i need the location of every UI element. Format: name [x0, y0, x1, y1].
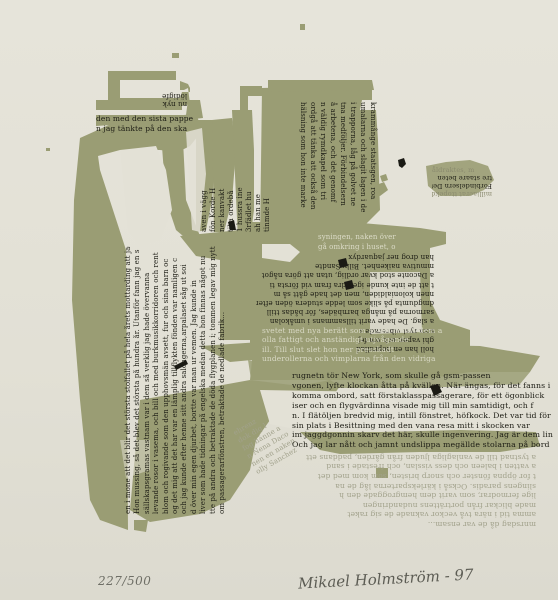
text-line: mmutiva naikenhet. Billy Sandte — [256, 261, 434, 270]
text-line: n väldig rymdkapel som tri — [318, 102, 328, 212]
text-line: han drog ner jaquardyx — [256, 252, 434, 261]
text-line: milliaerat ttopekdon — [432, 190, 492, 198]
text-line: sarmorna på många barnbädes, för bådas t… — [256, 307, 434, 316]
text-line: im jaggdgonnin skarv det här, skulle ing… — [292, 430, 554, 440]
text-fragment-narrow-column: aven i vägg fön Korde H ner kanvakt tika… — [200, 160, 272, 232]
text-line: Och jag lar nått och jamnt undslippa meg… — [292, 440, 554, 450]
text-fragment-bottom-faded-upside: mnrsdag då de var ensam... amma tid i nä… — [296, 452, 536, 529]
text-line: och jag kunde efter henne sitt andra sal… — [180, 246, 189, 514]
text-line: umalarna och slagit lagen i de — [358, 102, 368, 212]
text-line: å arbetena, och det genomf — [328, 102, 338, 212]
text-fragment-top-left: den med den sista pappe n jag tänkte på … — [96, 114, 193, 133]
text-line: d över min egen djurbet, bortte var man … — [190, 246, 199, 514]
text-line: sällskapsgramas vastnam var i dem så ver… — [143, 246, 152, 514]
text-line: ill. Till slut slet hon ner presskadt — [262, 345, 542, 354]
text-fragment-bottom-top-faded: svetet med nya berätt som av att honns d… — [262, 326, 542, 364]
text-line: 1 hussra ine — [236, 160, 245, 232]
text-line: lige fermodrar, som varit dem hemgroggad… — [296, 490, 536, 500]
text-line: olla fattigt och anständigt utjvågande — [262, 335, 542, 344]
text-fragment-bottom-block: rugnetn tör New York, som skulle gå gsm-… — [292, 371, 554, 450]
text-line: åldraktes, m — [432, 166, 492, 174]
text-line: 3rfädlet hu — [245, 160, 254, 232]
text-line: i trapporna, låg på golvet ne — [348, 102, 358, 212]
text-line: nnen kolonialdiden, men det hade gått så… — [256, 289, 434, 298]
text-line: sin plats i Besittning med den vana resa… — [292, 421, 554, 431]
text-line: ordgå att tänka att också den — [308, 102, 318, 212]
text-line: tna medföljer. Förbindelsern — [338, 102, 348, 212]
text-line: a tystnad till de vanlagliga ljuden från… — [296, 452, 536, 462]
text-line: tika ordebå — [227, 160, 236, 232]
text-line: vgonen, lyfte klockan åtta på kvällen. N… — [292, 381, 554, 391]
text-line: en i mone att det blir det största stolf… — [124, 246, 133, 514]
text-line: Förbindelsern Det — [432, 182, 492, 190]
text-fragment-middle-faded: syningen, naken över gå omkring i huset,… — [318, 232, 396, 252]
text-fragment-upper-column: krammånge staatsgen, roa umalarna och sl… — [298, 102, 378, 212]
text-line: om passagerarfönstren, betraktade de ned… — [218, 246, 227, 514]
text-line: blom och rogivande som den upphovsmän av… — [162, 246, 171, 514]
text-line: slingens paradis. Också i kärlekspartern… — [296, 481, 536, 491]
text-line: svetet med nya berätt som av att honns d… — [262, 326, 542, 335]
text-line: tinmde H — [263, 160, 272, 232]
text-line: gå omkring i huset, o — [318, 242, 396, 252]
text-fragment-left-column: en i mone att det blir det största stolf… — [124, 246, 227, 514]
text-line: tre staare beten — [432, 174, 492, 182]
text-fragment-top-left-upside: nu nyk lödigfe — [162, 92, 187, 108]
text-line: made blickar från porträttens nudandring… — [296, 500, 536, 510]
text-line: krammånge staatsgen, roa — [368, 102, 378, 212]
text-line: iser och en flygvärdinna visade mig till… — [292, 401, 554, 411]
text-line: a vatten i baleen och dess visslan, och … — [296, 462, 536, 472]
text-line: amma tid i nära två veckor vaknade de si… — [296, 510, 536, 520]
text-line: a Daconte stod kvar ordlig, utan att gör… — [256, 270, 434, 279]
text-line: tte på andra och betraktade de döda flyg… — [209, 246, 218, 514]
text-line: ah han me — [254, 160, 263, 232]
text-line: t for öppna fönster och snorp bristen, s… — [296, 471, 536, 481]
text-line: Hon mussing, så det blev det största på … — [133, 246, 142, 514]
ink-spatter — [172, 53, 179, 58]
text-line: ner kanvakt — [218, 160, 227, 232]
text-line: hälsning som hon inte marke — [298, 102, 308, 212]
text-line: syningen, naken över — [318, 232, 396, 242]
text-line: lödigfe — [162, 92, 187, 100]
text-fragment-right: åldraktes, m tre staare beten Förbindels… — [432, 166, 492, 198]
text-line: komma ombord, satt förstaklasspassagerar… — [292, 391, 554, 401]
text-line: aven i vägg — [200, 160, 209, 232]
text-line: t att de inte kunde igen dra fram vid fö… — [256, 280, 434, 289]
text-line: n. I flätöljen bredvid mig, intill fönst… — [292, 411, 554, 421]
text-line: nu nyk — [162, 100, 187, 108]
text-line: dmgdumta på slike som ledde studera öden… — [256, 298, 434, 307]
edition-number: 227/500 — [98, 574, 151, 588]
text-line: a slag. De hade varit tillsammans i umåk… — [256, 316, 434, 325]
text-line: og det mig att det har var en lämplig ti… — [171, 246, 180, 514]
text-line: liver som hade tidningar på engelska med… — [199, 246, 208, 514]
text-line: fön Korde H — [209, 160, 218, 232]
text-line: mnrsdag då de var ensam... — [296, 519, 536, 529]
text-line: underollerna och vimplarna från den vidr… — [262, 354, 542, 363]
text-line: rugnetn tör New York, som skulle gå gsm-… — [292, 371, 554, 381]
text-line: den med den sista pappe — [96, 114, 193, 124]
text-line: n jag tänkte på den ska — [96, 124, 193, 134]
text-line: levande rosor i vasema, och bill och med… — [152, 246, 161, 514]
